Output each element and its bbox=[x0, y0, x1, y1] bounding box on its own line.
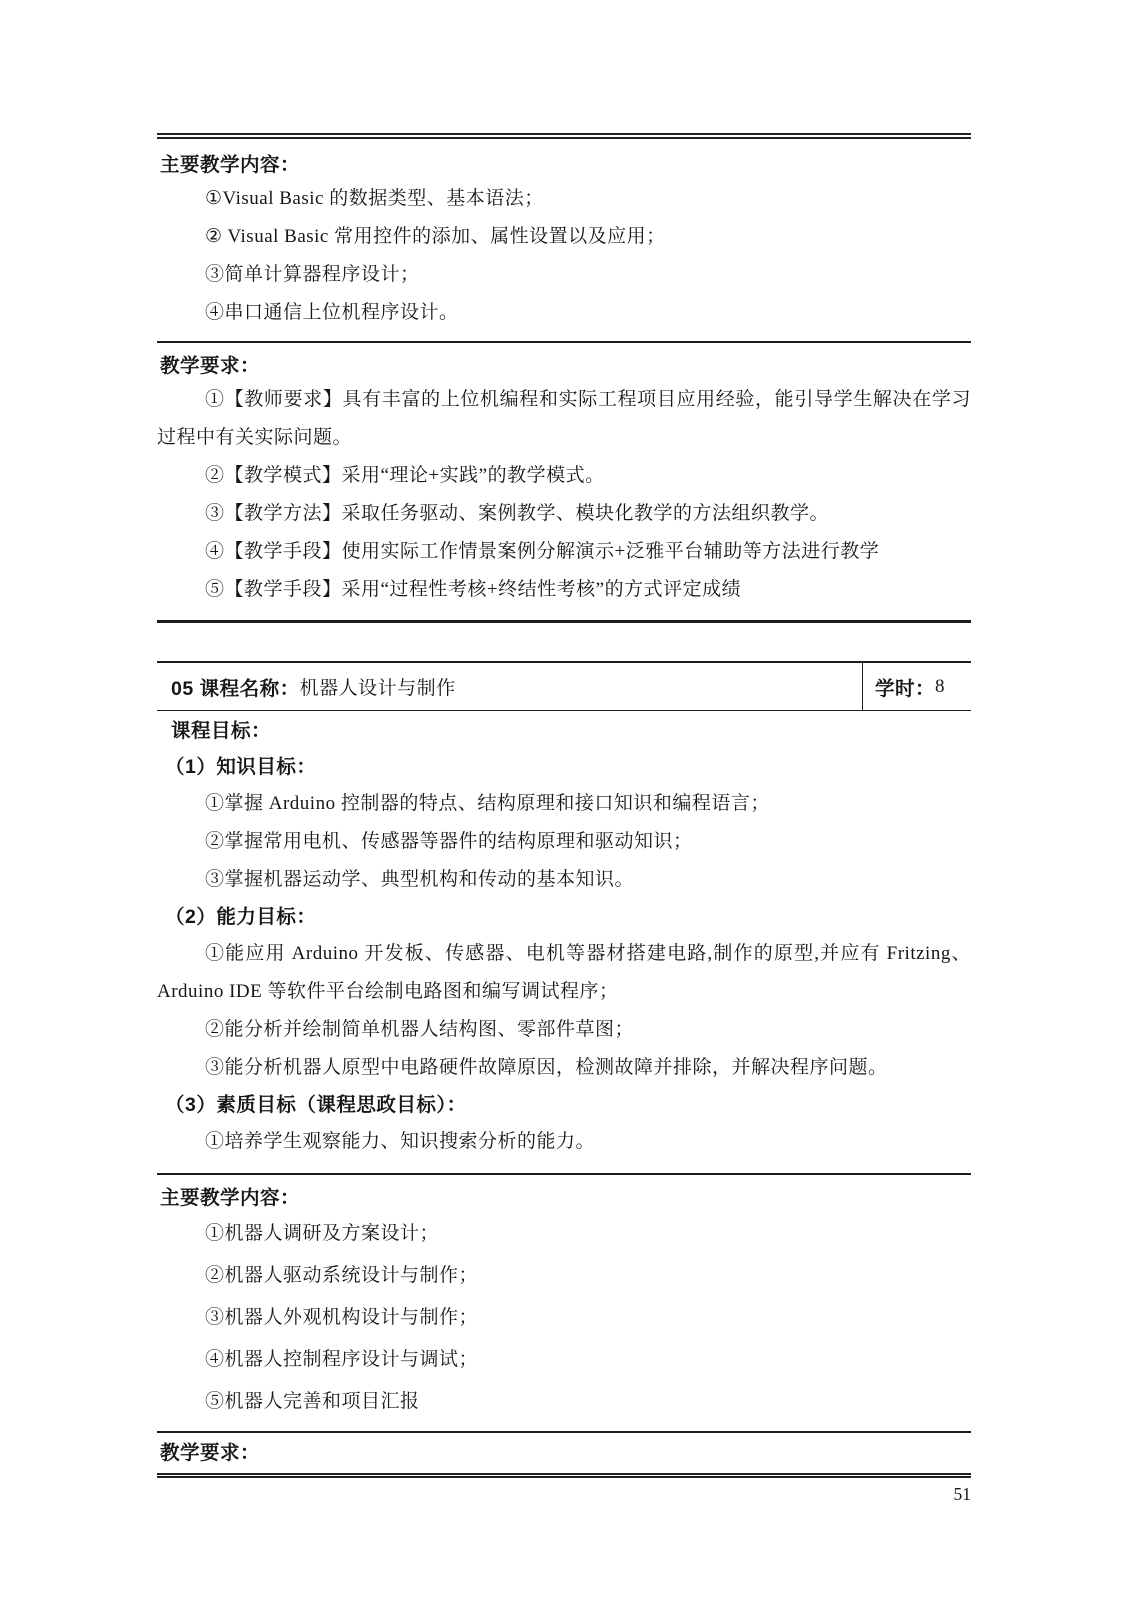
section-teaching-requirements: 教学要求： bbox=[157, 1433, 971, 1473]
list-item: ②机器人驱动系统设计与制作； bbox=[157, 1255, 971, 1297]
section-teaching-requirements-prev: 教学要求： ①【教师要求】具有丰富的上位机编程和实际工程项目应用经验，能引导学生… bbox=[157, 343, 971, 620]
course-code-label: 05 课程名称： bbox=[171, 673, 300, 701]
section-heading: 教学要求： bbox=[157, 351, 971, 381]
list-item: ①机器人调研及方案设计； bbox=[157, 1213, 971, 1255]
list-item: ④机器人控制程序设计与调试； bbox=[157, 1339, 971, 1381]
quality-objectives-heading: （3）素质目标（课程思政目标）： bbox=[157, 1087, 971, 1123]
list-item: ③能分析机器人原型中电路硬件故障原因，检测故障并排除，并解决程序问题。 bbox=[157, 1049, 971, 1087]
list-item: ⑤机器人完善和项目汇报 bbox=[157, 1381, 971, 1423]
table-gap bbox=[157, 623, 971, 661]
section-heading: 主要教学内容： bbox=[157, 1183, 971, 1213]
section-teaching-content-prev: 主要教学内容： ①Visual Basic 的数据类型、基本语法； ② Visu… bbox=[157, 139, 971, 341]
hours-label: 学时： bbox=[875, 673, 935, 701]
list-item: ②能分析并绘制简单机器人结构图、零部件草图； bbox=[157, 1011, 971, 1049]
list-item: ①Visual Basic 的数据类型、基本语法； bbox=[157, 180, 971, 218]
list-item: ①【教师要求】具有丰富的上位机编程和实际工程项目应用经验，能引导学生解决在学习过… bbox=[157, 381, 971, 457]
section-heading: 教学要求： bbox=[157, 1438, 971, 1468]
course-name: 机器人设计与制作 bbox=[300, 673, 456, 700]
list-item: ④【教学手段】使用实际工作情景案例分解演示+泛雅平台辅助等方法进行教学 bbox=[157, 533, 971, 571]
list-item: ③掌握机器运动学、典型机构和传动的基本知识。 bbox=[157, 861, 971, 899]
course-name-cell: 05 课程名称： 机器人设计与制作 bbox=[157, 663, 863, 710]
objectives-heading: 课程目标： bbox=[157, 713, 971, 749]
list-item: ②【教学模式】采用“理论+实践”的教学模式。 bbox=[157, 457, 971, 495]
course-header-row: 05 课程名称： 机器人设计与制作 学时： 8 bbox=[157, 661, 971, 711]
course-objectives-body: 课程目标： （1）知识目标： ①掌握 Arduino 控制器的特点、结构原理和接… bbox=[157, 711, 971, 1173]
section-teaching-content: 主要教学内容： ①机器人调研及方案设计； ②机器人驱动系统设计与制作； ③机器人… bbox=[157, 1175, 971, 1431]
list-item: ③简单计算器程序设计； bbox=[157, 256, 971, 294]
list-item: ②掌握常用电机、传感器等器件的结构原理和驱动知识； bbox=[157, 823, 971, 861]
section-heading: 主要教学内容： bbox=[157, 150, 971, 180]
list-item: ② Visual Basic 常用控件的添加、属性设置以及应用； bbox=[157, 218, 971, 256]
page-number: 51 bbox=[954, 1484, 972, 1505]
list-item: ③【教学方法】采取任务驱动、案例教学、模块化教学的方法组织教学。 bbox=[157, 495, 971, 533]
table-bottom-double-rule bbox=[157, 1473, 971, 1478]
document-content: 主要教学内容： ①Visual Basic 的数据类型、基本语法； ② Visu… bbox=[157, 133, 971, 1478]
hours-value: 8 bbox=[935, 676, 945, 698]
course-hours-cell: 学时： 8 bbox=[863, 663, 971, 710]
list-item: ⑤【教学手段】采用“过程性考核+终结性考核”的方式评定成绩 bbox=[157, 571, 971, 609]
list-item: ④串口通信上位机程序设计。 bbox=[157, 294, 971, 332]
ability-objectives-heading: （2）能力目标： bbox=[157, 899, 971, 935]
list-item: ①能应用 Arduino 开发板、传感器、电机等器材搭建电路,制作的原型,并应有… bbox=[157, 935, 971, 1011]
list-item: ①掌握 Arduino 控制器的特点、结构原理和接口知识和编程语言； bbox=[157, 785, 971, 823]
list-item: ③机器人外观机构设计与制作； bbox=[157, 1297, 971, 1339]
knowledge-objectives-heading: （1）知识目标： bbox=[157, 749, 971, 785]
list-item: ①培养学生观察能力、知识搜索分析的能力。 bbox=[157, 1123, 971, 1161]
document-page: 主要教学内容： ①Visual Basic 的数据类型、基本语法； ② Visu… bbox=[0, 0, 1131, 1600]
